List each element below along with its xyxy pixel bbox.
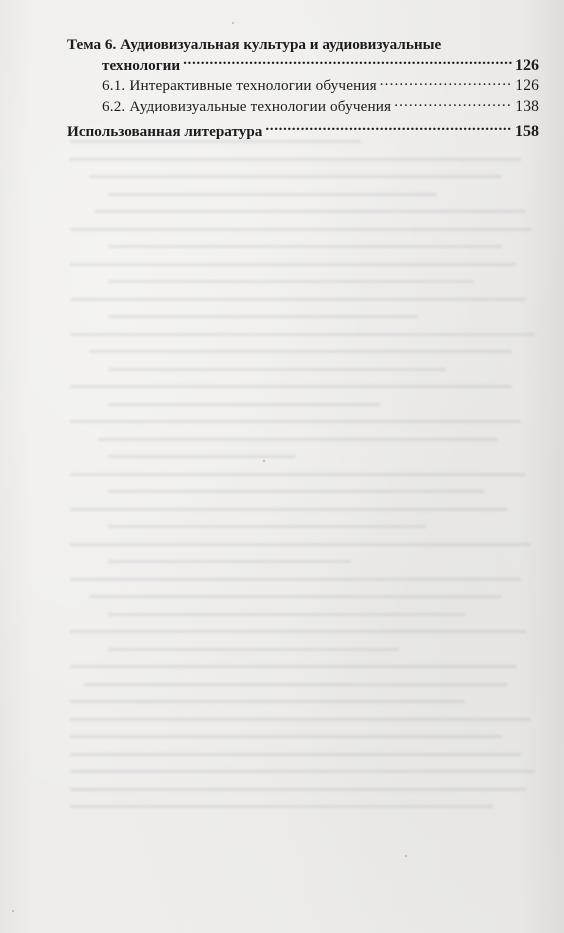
table-of-contents: Тема 6. Аудиовизуальная культура и аудио… — [67, 36, 539, 141]
toc-entry-title-continuation: технологии — [102, 57, 180, 76]
toc-entry-6-1[interactable]: 6.1. Интерактивные технологии обучения 1… — [67, 75, 539, 96]
toc-entry-topic-6-heading: Тема 6. Аудиовизуальная культура и аудио… — [67, 36, 539, 55]
toc-entry-title: 6.1. Интерактивные технологии обучения — [102, 77, 377, 96]
toc-page-number: 126 — [515, 57, 539, 76]
dot-leader — [380, 75, 513, 90]
show-through-texture — [70, 140, 540, 860]
toc-page-number: 126 — [515, 77, 539, 96]
paper-speck — [232, 22, 234, 24]
toc-entry-title: Использованная литература — [67, 123, 262, 142]
toc-page-number: 138 — [515, 98, 539, 117]
book-page: Тема 6. Аудиовизуальная культура и аудио… — [0, 0, 564, 933]
paper-speck — [263, 460, 265, 462]
toc-page-number: 158 — [515, 123, 539, 142]
paper-speck — [405, 855, 407, 857]
toc-entry-topic-6[interactable]: технологии 126 — [67, 55, 539, 76]
toc-entry-title: 6.2. Аудиовизуальные технологии обучения — [102, 98, 391, 117]
toc-entry-title: Тема 6. Аудиовизуальная культура и аудио… — [67, 36, 441, 55]
toc-entry-6-2[interactable]: 6.2. Аудиовизуальные технологии обучения… — [67, 96, 539, 117]
toc-entry-references[interactable]: Использованная литература 158 — [67, 121, 539, 142]
paper-speck — [12, 910, 14, 912]
dot-leader — [265, 121, 512, 136]
dot-leader — [183, 55, 512, 70]
dot-leader — [394, 96, 512, 111]
